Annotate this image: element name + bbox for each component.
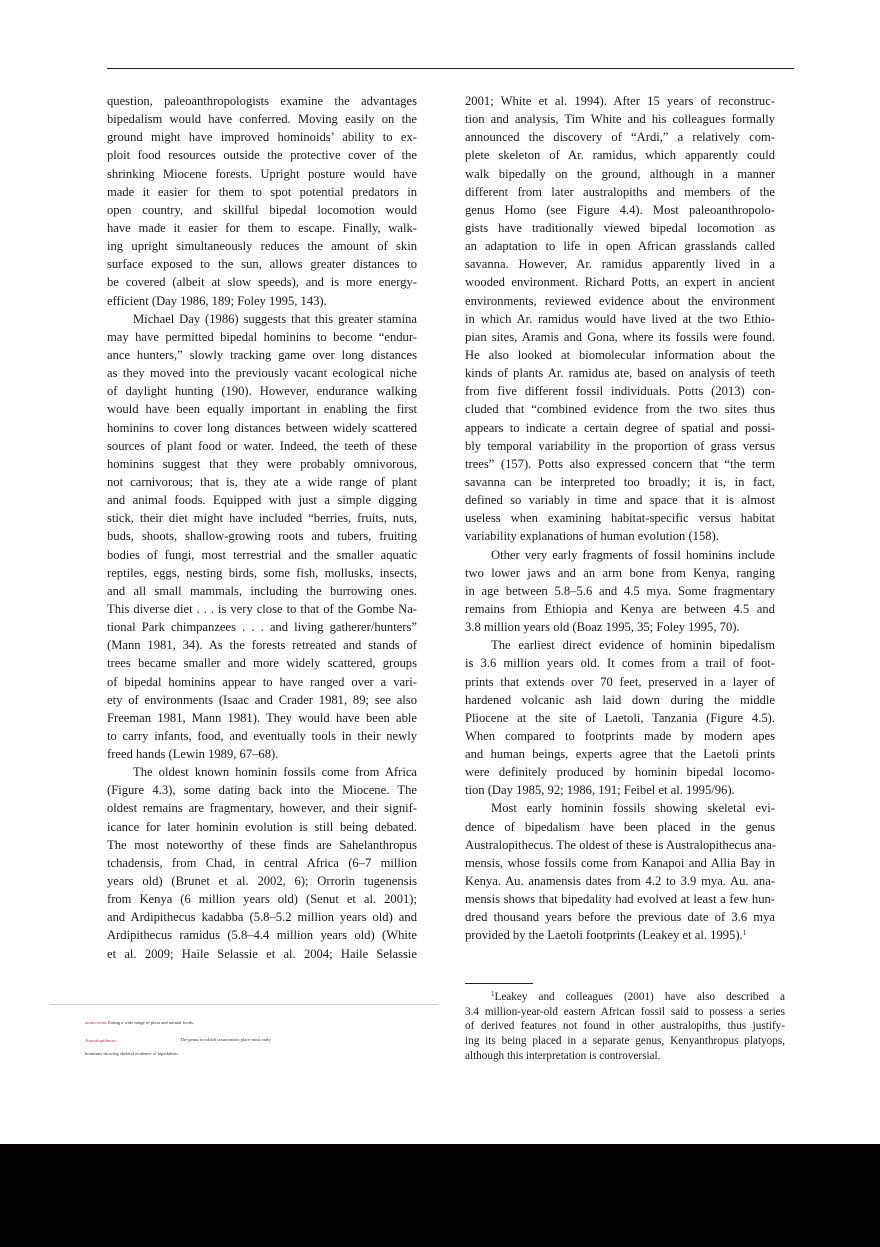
text-line: tion (Day 1985, 92; 1986, 191; Feibel et… [465, 781, 775, 799]
header-rule [107, 68, 794, 69]
text-line: mensis, whose fossils come from Kanapoi … [465, 854, 775, 872]
text-line: ground might have improved hominoids’ ab… [107, 128, 417, 146]
text-line: to carry infants, food, and eventually t… [107, 727, 417, 745]
text-line: buds, shoots, shallow-growing roots and … [107, 527, 417, 545]
text-line: appears to indicate a certain degree of … [465, 419, 775, 437]
text-line: and human beings, experts agree that the… [465, 745, 775, 763]
text-line: hominins to cover long distances between… [107, 419, 417, 437]
text-line: He also looked at biomolecular informati… [465, 346, 775, 364]
footnote: 1Leakey and colleagues (2001) have also … [465, 990, 785, 1063]
paragraph-start: Michael Day (1986) suggests that this gr… [107, 310, 417, 328]
text-line: freed hands (Lewin 1989, 67–68). [107, 745, 417, 763]
text-line: plete skeleton of Ar. ramidus, which app… [465, 146, 775, 164]
text-line: (Figure 4.3), some dating back into the … [107, 781, 417, 799]
text-line: made it easier for them to spot potentia… [107, 183, 417, 201]
text-line: were definitely produced by hominin bipe… [465, 763, 775, 781]
text-line: different from later australopiths and m… [465, 183, 775, 201]
text-line: ety of environments (Isaac and Crader 19… [107, 691, 417, 709]
right-column: 2001; White et al. 1994). After 15 years… [465, 92, 775, 945]
text-line: ploit food resources outside the protect… [107, 146, 417, 164]
text-line: tional Park chimpanzees . . . and living… [107, 618, 417, 636]
text-line: ance hunters,” slowly tracking game over… [107, 346, 417, 364]
text-line: not carnivorous; that is, they ate a wid… [107, 473, 417, 491]
text-line: in age between 5.8–5.6 and 4.5 mya. Some… [465, 582, 775, 600]
text-line: wooded environment. Richard Potts, an ex… [465, 273, 775, 291]
text-line: provided by the Laetoli footprints (Leak… [465, 926, 775, 944]
text-line: of daylight hunting (190). However, endu… [107, 382, 417, 400]
footnote-line: 1Leakey and colleagues (2001) have also … [465, 990, 785, 1005]
text-line: dence of bipedalism have been placed in … [465, 818, 775, 836]
text-line: bly temporal variability in the proporti… [465, 437, 775, 455]
footnote-line: 3.4 million-year-old eastern African fos… [465, 1005, 785, 1020]
glossary-rule [50, 1004, 438, 1005]
text-line: savanna. However, Ar. ramidus apparently… [465, 255, 775, 273]
text-line: of bipedal hominins appear to have range… [107, 673, 417, 691]
glossary-entry-omnivorous: omnivorous Eating a wide range of plant … [85, 1020, 194, 1026]
glossary-definition-continuation: hominins showing skeletal evidence of bi… [85, 1051, 179, 1057]
glossary-definition: Eating a wide range of plant and animal … [108, 1020, 194, 1025]
glossary-term: omnivorous [85, 1020, 107, 1025]
paragraph-start: The oldest known hominin fossils come fr… [107, 763, 417, 781]
footnote-reference[interactable]: 1 [743, 929, 747, 937]
text-line: This diverse diet . . . is very close to… [107, 600, 417, 618]
footnote-line: of derived features not found in other a… [465, 1019, 785, 1034]
text-line: question, paleoanthropologists examine t… [107, 92, 417, 110]
text-line: The most noteworthy of these finds are S… [107, 836, 417, 854]
text-line: Ardipithecus ramidus (5.8–4.4 million ye… [107, 926, 417, 944]
text-line: remains from Ethiopia and Kenya are betw… [465, 600, 775, 618]
bottom-black-band [0, 1144, 880, 1247]
text-line: When compared to footprints made by mode… [465, 727, 775, 745]
text-line: ing upright simultaneously reduces the a… [107, 237, 417, 255]
footnote-text: Leakey and colleagues (2001) have also d… [495, 991, 786, 1003]
text-line: icance for later hominin evolution is st… [107, 818, 417, 836]
text-line: gists have traditionally viewed bipedal … [465, 219, 775, 237]
text-line: sources of plant food or water. Indeed, … [107, 437, 417, 455]
text-line: from five different fossil individuals. … [465, 382, 775, 400]
text-line: be covered (albeit at slow speeds), and … [107, 273, 417, 291]
text-line: have made it easier for them to escape. … [107, 219, 417, 237]
text-line: Australopithecus. The oldest of these is… [465, 836, 775, 854]
text-line: et al. 2009; Haile Selassie et al. 2004;… [107, 945, 417, 963]
text-line: (Mann 1981, 34). As the forests retreate… [107, 636, 417, 654]
text-line: and all small mammals, including the bur… [107, 582, 417, 600]
footnote-line: ing its being placed in a separate genus… [465, 1034, 785, 1049]
text-line-content: provided by the Laetoli footprints (Leak… [465, 928, 743, 942]
text-line: and animal foods. Equipped with just a s… [107, 491, 417, 509]
text-line: kinds of plants Ar. ramidus ate, based o… [465, 364, 775, 382]
text-line: genus Homo (see Figure 4.4). Most paleoa… [465, 201, 775, 219]
text-line: dred thousand years before the previous … [465, 908, 775, 926]
text-line: two lower jaws and an arm bone from Keny… [465, 564, 775, 582]
glossary-definition-australopithecus: The genus in which taxonomists place mos… [180, 1037, 271, 1043]
text-line: in which Ar. ramidus would have lived at… [465, 310, 775, 328]
glossary-entry-australopithecus: Australopithecus [85, 1038, 116, 1044]
text-line: shrinking Miocene forests. Upright postu… [107, 165, 417, 183]
text-line: hominins suggest that they were probably… [107, 455, 417, 473]
text-line: walk bipedally on the ground, although i… [465, 165, 775, 183]
text-line: mensis shows that bipedality had evolved… [465, 890, 775, 908]
text-line: pian sites, Aramis and Gona, where its f… [465, 328, 775, 346]
text-line: trees became smaller and more widely sca… [107, 654, 417, 672]
text-line: bipedalism would have conferred. Moving … [107, 110, 417, 128]
footnote-rule [465, 983, 533, 984]
text-line: cluded that “combined evidence from the … [465, 400, 775, 418]
text-line: is 3.6 million years old. It comes from … [465, 654, 775, 672]
text-line: may have permitted bipedal hominins to b… [107, 328, 417, 346]
paragraph-start: Most early hominin fossils showing skele… [465, 799, 775, 817]
text-line: surface exposed to the sun, allows great… [107, 255, 417, 273]
text-line: savanna can be interpreted too broadly; … [465, 473, 775, 491]
paragraph-start: Other very early fragments of fossil hom… [465, 546, 775, 564]
text-line: Kenya. Au. anamensis dates from 4.2 to 3… [465, 872, 775, 890]
text-line: would have been equally important in ena… [107, 400, 417, 418]
text-line: trees” (157). Potts also expressed conce… [465, 455, 775, 473]
footnote-line: although this interpretation is controve… [465, 1049, 785, 1064]
left-column: question, paleoanthropologists examine t… [107, 92, 417, 963]
text-line: as they moved into the previously vacant… [107, 364, 417, 382]
text-line: tion and analysis, Tim White and his col… [465, 110, 775, 128]
text-line: oldest remains are fragmentary, however,… [107, 799, 417, 817]
text-line: prints that extends over 70 feet, preser… [465, 673, 775, 691]
text-line: variability explanations of human evolut… [465, 527, 775, 545]
glossary-term: Australopithecus [85, 1038, 116, 1043]
text-line: 3.8 million years old (Boaz 1995, 35; Fo… [465, 618, 775, 636]
text-line: open country, and skillful bipedal locom… [107, 201, 417, 219]
text-line: reptiles, eggs, nesting birds, some fish… [107, 564, 417, 582]
text-line: environments, reviewed evidence about th… [465, 292, 775, 310]
paragraph-start: The earliest direct evidence of hominin … [465, 636, 775, 654]
text-line: and Ardipithecus kadabba (5.8–5.2 millio… [107, 908, 417, 926]
text-line: 2001; White et al. 1994). After 15 years… [465, 92, 775, 110]
text-line: tchadensis, from Chad, in central Africa… [107, 854, 417, 872]
text-line: hardened volcanic ash laid down during t… [465, 691, 775, 709]
text-line: efficient (Day 1986, 189; Foley 1995, 14… [107, 292, 417, 310]
text-line: an adaptation to life in open African gr… [465, 237, 775, 255]
text-line: bodies of fungi, most terrestrial and th… [107, 546, 417, 564]
text-line: Freeman 1981, Mann 1981). They would hav… [107, 709, 417, 727]
text-line: useless when examining habitat-specific … [465, 509, 775, 527]
text-line: announced the discovery of “Ardi,” a rel… [465, 128, 775, 146]
text-line: years old) (Brunet et al. 2002, 6); Orro… [107, 872, 417, 890]
text-line: Pliocene at the site of Laetoli, Tanzani… [465, 709, 775, 727]
text-line: stick, their diet might have included “b… [107, 509, 417, 527]
text-line: from Kenya (6 million years old) (Senut … [107, 890, 417, 908]
text-line: defined so variably in time and space th… [465, 491, 775, 509]
